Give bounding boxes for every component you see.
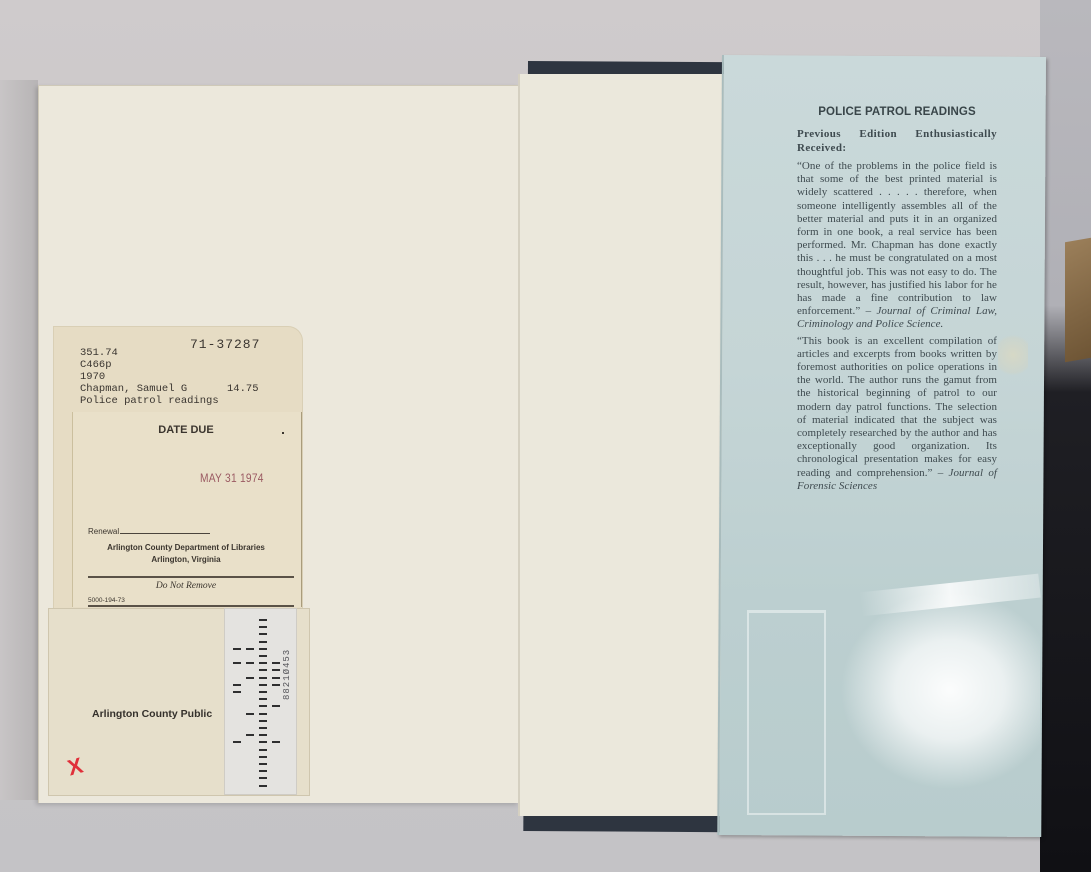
call-number: 351.74 C466p 1970 bbox=[80, 347, 118, 383]
barcode-bar bbox=[246, 662, 254, 664]
barcode-bar bbox=[259, 720, 267, 722]
barcode-bar bbox=[259, 662, 267, 664]
call-number-line: C466p bbox=[80, 359, 118, 371]
barcode-bar bbox=[246, 734, 254, 736]
pocket-label: Arlington County Public bbox=[92, 708, 212, 720]
barcode-bar bbox=[246, 648, 254, 650]
barcode-bar bbox=[259, 648, 267, 650]
library-location: Arlington, Virginia bbox=[72, 555, 300, 564]
jacket-quote: “This book is an excellent compilation o… bbox=[797, 335, 997, 493]
date-due-heading: DATE DUE bbox=[72, 424, 300, 436]
barcode-bar bbox=[272, 677, 280, 679]
jacket-glare bbox=[840, 590, 1040, 790]
jacket-frame-reflection bbox=[747, 610, 826, 815]
barcode-bar bbox=[259, 734, 267, 736]
slip-rule bbox=[88, 576, 294, 578]
call-number-line: 1970 bbox=[80, 371, 118, 383]
barcode-bar bbox=[259, 698, 267, 700]
barcode-bar bbox=[259, 727, 267, 729]
barcode-bar bbox=[259, 626, 267, 628]
quote-text: “One of the problems in the police field… bbox=[797, 160, 997, 317]
quote-text: “This book is an excellent compilation o… bbox=[797, 335, 997, 479]
slip-rule bbox=[88, 605, 294, 607]
renewal-line bbox=[120, 533, 210, 534]
barcode-bar bbox=[233, 662, 241, 664]
barcode-bar bbox=[259, 677, 267, 679]
barcode-strip bbox=[224, 608, 297, 795]
jacket-subtitle: Previous Edition Enthusiastically Receiv… bbox=[797, 127, 997, 155]
barcode-bar bbox=[272, 662, 280, 664]
barcode-bar bbox=[259, 770, 267, 772]
accession-number: 71-37287 bbox=[190, 337, 260, 352]
barcode-bar bbox=[246, 713, 254, 715]
barcode-bar bbox=[259, 763, 267, 765]
barcode-bar bbox=[259, 705, 267, 707]
card-price: 14.75 bbox=[227, 383, 259, 395]
barcode-bar bbox=[259, 741, 267, 743]
due-date-stamp: MAY 31 1974 bbox=[200, 471, 264, 485]
barcode-bar bbox=[259, 633, 267, 635]
barcode-bar bbox=[272, 705, 280, 707]
water-stain bbox=[998, 330, 1028, 380]
barcode-bar bbox=[272, 669, 280, 671]
background-right-edge bbox=[1040, 0, 1091, 872]
barcode-bar bbox=[272, 684, 280, 686]
barcode-number: 8821Ø453 bbox=[282, 649, 292, 700]
jacket-quote: “One of the problems in the police field… bbox=[797, 160, 997, 332]
form-number: 5000-194-73 bbox=[88, 597, 125, 604]
barcode-bar bbox=[233, 684, 241, 686]
do-not-remove-notice: Do Not Remove bbox=[72, 581, 300, 591]
barcode-bar bbox=[259, 713, 267, 715]
card-title: Police patrol readings bbox=[80, 395, 219, 407]
call-number-line: 351.74 bbox=[80, 347, 118, 359]
barcode-bar bbox=[246, 677, 254, 679]
card-author: Chapman, Samuel G bbox=[80, 383, 187, 395]
barcode-bar bbox=[233, 741, 241, 743]
barcode-bar bbox=[259, 785, 267, 787]
barcode-bar bbox=[259, 777, 267, 779]
slip-dot bbox=[282, 432, 284, 434]
barcode-bar bbox=[259, 756, 267, 758]
background-left-shadow bbox=[0, 80, 38, 800]
barcode-bar bbox=[233, 691, 241, 693]
renewal-label: Renewal bbox=[88, 527, 119, 536]
barcode-bar bbox=[259, 619, 267, 621]
barcode-bar bbox=[233, 648, 241, 650]
barcode-bar bbox=[272, 741, 280, 743]
right-endpaper bbox=[518, 74, 730, 816]
barcode-bar bbox=[259, 655, 267, 657]
barcode-bar bbox=[259, 641, 267, 643]
barcode-bar bbox=[259, 691, 267, 693]
barcode-bar bbox=[259, 749, 267, 751]
background-cardboard-box bbox=[1065, 238, 1091, 363]
jacket-blurb: POLICE PATROL READINGS Previous Edition … bbox=[797, 106, 997, 496]
barcode-bar bbox=[259, 669, 267, 671]
barcode-bar bbox=[259, 684, 267, 686]
jacket-title: POLICE PATROL READINGS bbox=[797, 106, 997, 118]
library-name: Arlington County Department of Libraries bbox=[72, 543, 300, 552]
